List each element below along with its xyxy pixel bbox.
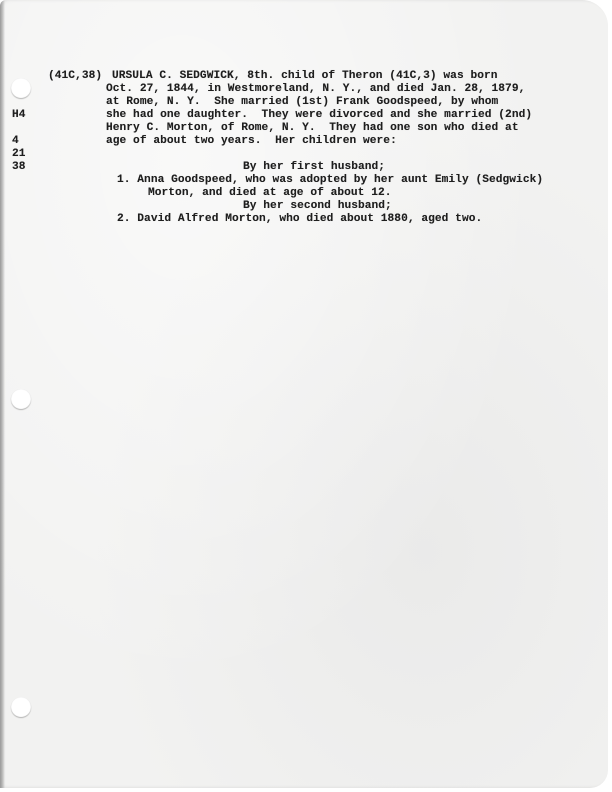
margin-note-38: 38 xyxy=(12,161,26,174)
entry-line-3: at Rome, N. Y. She married (1st) Frank G… xyxy=(106,96,498,109)
margin-note-h4: H4 xyxy=(12,109,26,122)
entry-line-4: she had one daughter. They were divorced… xyxy=(106,109,532,122)
child-1-line-2: Morton, and died at age of about 12. xyxy=(148,187,392,200)
punch-hole-bottom xyxy=(11,697,31,717)
document-page: H4 4 21 38 (41C,38) URSULA C. SEDGWICK, … xyxy=(0,0,608,788)
entry-line-6: age of about two years. Her children wer… xyxy=(106,135,397,148)
entry-line-5: Henry C. Morton, of Rome, N. Y. They had… xyxy=(106,122,519,135)
punch-hole-top xyxy=(11,78,31,98)
margin-note-21: 21 xyxy=(12,148,26,161)
entry-reference-id: (41C,38) xyxy=(48,70,102,83)
margin-note-4: 4 xyxy=(12,135,19,148)
punch-hole-middle xyxy=(11,389,31,409)
entry-line-1: URSULA C. SEDGWICK, 8th. child of Theron… xyxy=(112,70,498,83)
entry-line-2: Oct. 27, 1844, in Westmoreland, N. Y., a… xyxy=(106,83,525,96)
child-1-line-1: 1. Anna Goodspeed, who was adopted by he… xyxy=(117,174,543,187)
first-husband-heading: By her first husband; xyxy=(243,161,385,174)
second-husband-heading: By her second husband; xyxy=(243,200,392,213)
page-left-edge-shadow xyxy=(0,0,5,788)
child-2-line-1: 2. David Alfred Morton, who died about 1… xyxy=(117,213,482,226)
